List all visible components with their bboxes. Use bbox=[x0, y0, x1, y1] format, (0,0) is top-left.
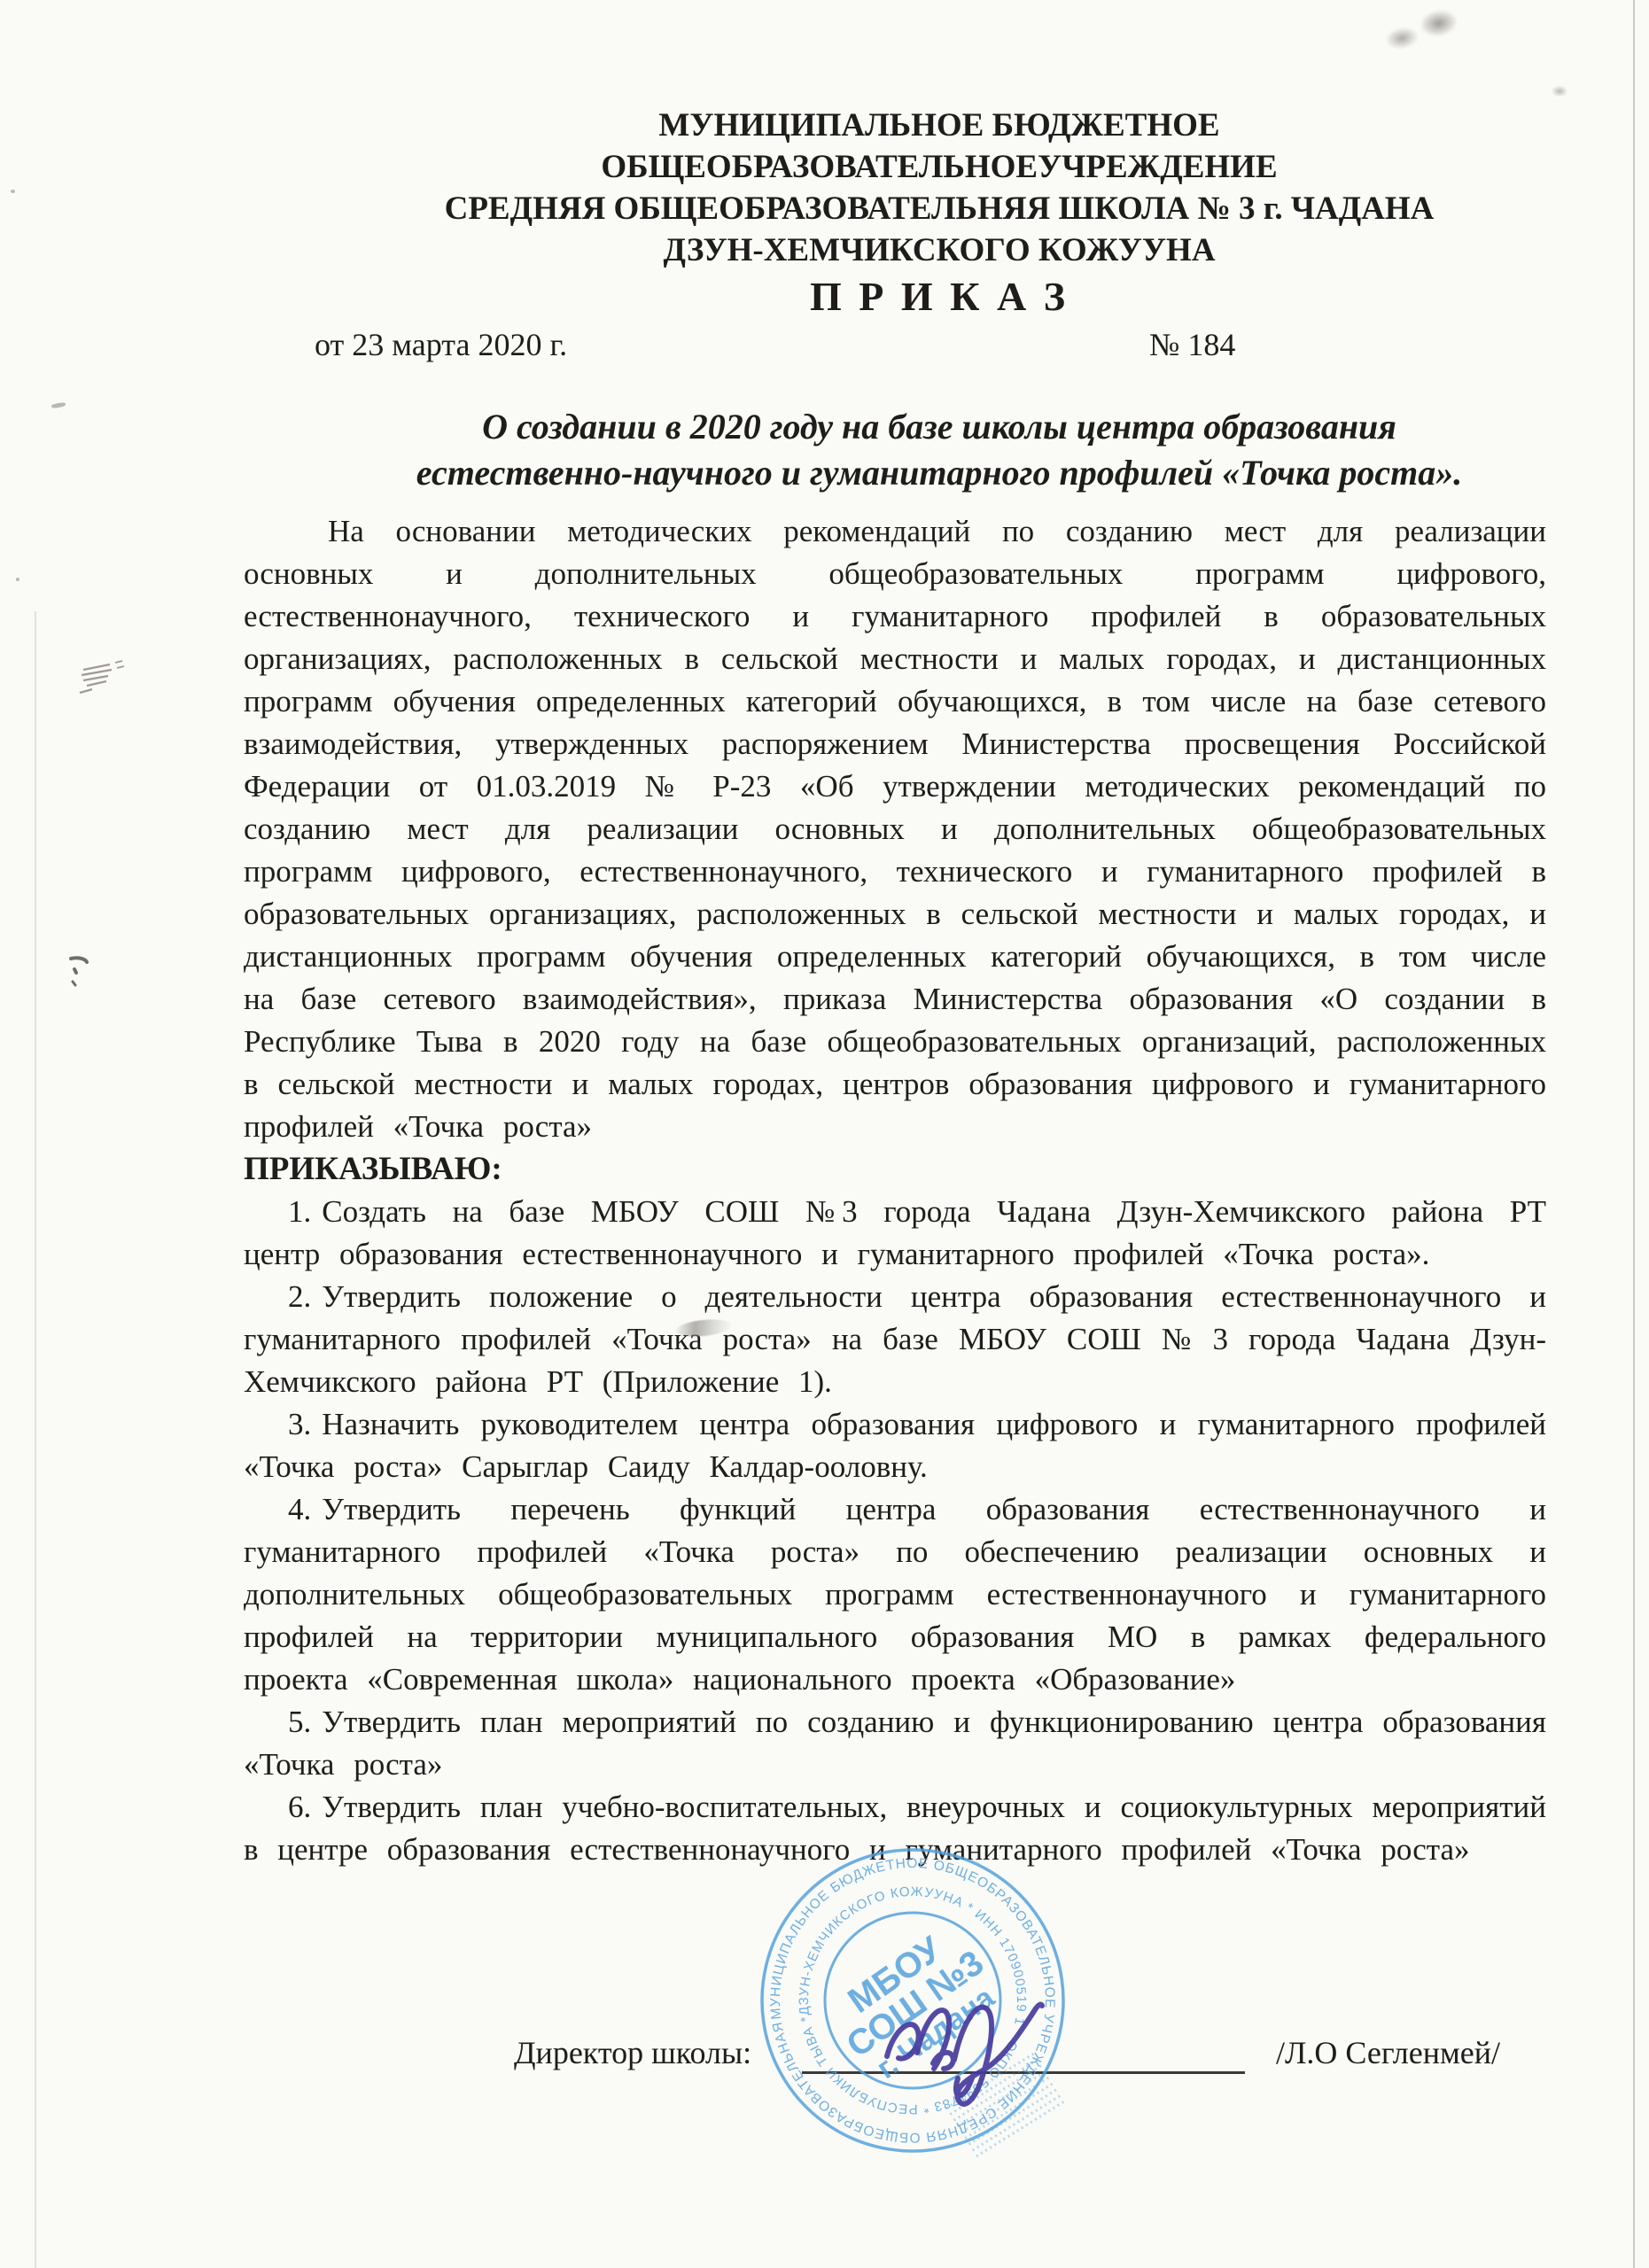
signature-name: /Л.О Сегленмей/ bbox=[1276, 2034, 1500, 2071]
order-subject-line2: естественно-научного и гуманитарного про… bbox=[332, 450, 1546, 496]
scan-speck bbox=[51, 402, 66, 409]
order-item-5: 5.Утвердить план мероприятий по созданию… bbox=[244, 1701, 1546, 1786]
item-text: Утвердить план мероприятий по созданию и… bbox=[244, 1705, 1546, 1782]
item-number: 3. bbox=[288, 1407, 311, 1441]
item-number: 2. bbox=[288, 1279, 311, 1314]
scan-mark-left-margin bbox=[64, 951, 94, 990]
item-text: Создать на базе МБОУ СОШ №3 города Чадан… bbox=[244, 1194, 1546, 1271]
scan-edge-line-right bbox=[1633, 0, 1635, 2268]
org-header: МУНИЦИПАЛЬНОЕ БЮДЖЕТНОЕ ОБЩЕОБРАЗОВАТЕЛЬ… bbox=[244, 105, 1546, 271]
scan-speck bbox=[11, 190, 15, 193]
org-name-line3: ДЗУН-ХЕМЧИКСКОГО КОЖУУНА bbox=[332, 229, 1546, 271]
order-item-3: 3.Назначить руководителем центра образов… bbox=[244, 1403, 1546, 1488]
date-number-row: от 23 марта 2020 г. № 184 bbox=[244, 326, 1546, 369]
item-number: 1. bbox=[288, 1194, 311, 1229]
order-item-1: 1.Создать на базе МБОУ СОШ №3 города Чад… bbox=[244, 1191, 1546, 1276]
org-name-line2: СРЕДНЯЯ ОБЩЕОБРАЗОВАТЕЛЬНЯЯ ШКОЛА № 3 г.… bbox=[332, 188, 1546, 229]
item-number: 5. bbox=[288, 1705, 311, 1739]
handwritten-signature bbox=[873, 1987, 1059, 2116]
document-content: МУНИЦИПАЛЬНОЕ БЮДЖЕТНОЕ ОБЩЕОБРАЗОВАТЕЛЬ… bbox=[244, 0, 1546, 1871]
item-number: 6. bbox=[288, 1790, 311, 1824]
order-date: от 23 марта 2020 г. bbox=[315, 326, 567, 363]
order-subject: О создании в 2020 году на базе школы цен… bbox=[244, 404, 1546, 496]
scan-smudge-top-right-small bbox=[1545, 80, 1574, 103]
order-number: № 184 bbox=[1149, 326, 1235, 363]
scanned-order-document: МУНИЦИПАЛЬНОЕ БЮДЖЕТНОЕ ОБЩЕОБРАЗОВАТЕЛЬ… bbox=[0, 0, 1649, 2268]
resolve-word: ПРИКАЗЫВАЮ: bbox=[244, 1148, 1546, 1191]
item-text: Утвердить положение о деятельности центр… bbox=[244, 1279, 1546, 1399]
item-number: 4. bbox=[288, 1492, 311, 1526]
item-text: Назначить руководителем центра образован… bbox=[244, 1407, 1546, 1484]
order-item-4: 4.Утвердить перечень функций центра обра… bbox=[244, 1488, 1546, 1701]
org-name-line1: МУНИЦИПАЛЬНОЕ БЮДЖЕТНОЕ ОБЩЕОБРАЗОВАТЕЛЬ… bbox=[332, 105, 1546, 188]
scan-edge-line-left bbox=[35, 611, 36, 2268]
preamble-paragraph: На основании методических рекомендаций п… bbox=[244, 510, 1546, 1148]
document-type-title: П Р И К А З bbox=[244, 273, 1546, 321]
signature-label: Директор школы: bbox=[514, 2034, 751, 2071]
item-text: Утвердить перечень функций центра образо… bbox=[244, 1492, 1546, 1697]
scan-speck bbox=[16, 578, 19, 581]
order-item-2: 2.Утвердить положение о деятельности цен… bbox=[244, 1276, 1546, 1403]
order-subject-line1: О создании в 2020 году на базе школы цен… bbox=[332, 404, 1546, 450]
scan-scribble-left-margin bbox=[71, 657, 135, 711]
